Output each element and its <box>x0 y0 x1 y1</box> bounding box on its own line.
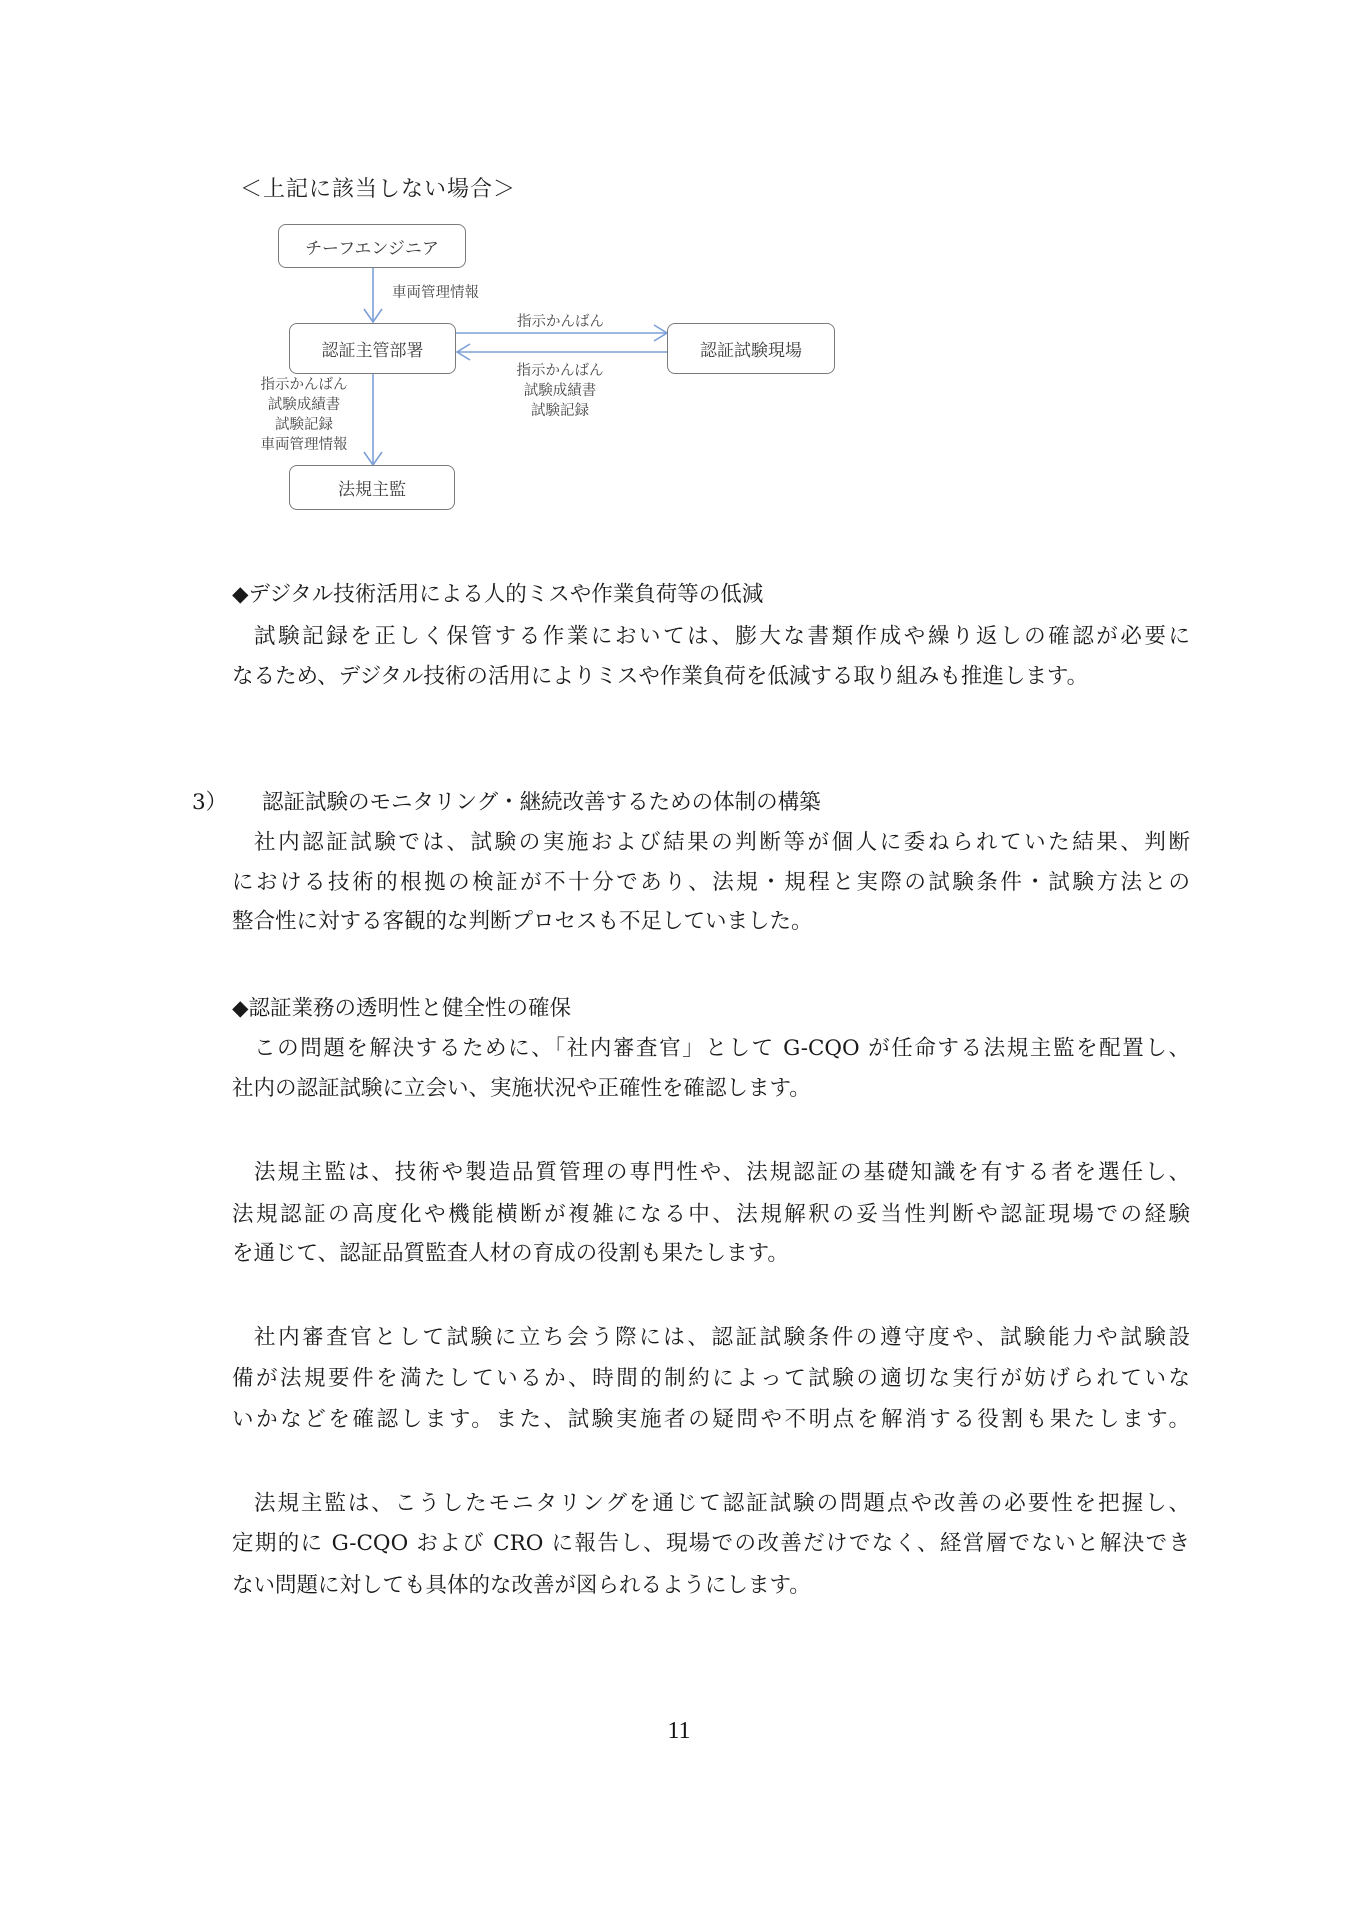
edge-label-site-to-dept: 指示かんばん 試験成績書 試験記録 <box>505 361 615 421</box>
paragraph-line: なるため、デジタル技術の活用によりミスや作業負荷を低減する取り組みも推進します。 <box>232 664 1190 690</box>
edge-label-dept-to-site: 指示かんばん <box>513 312 608 332</box>
page-number: 11 <box>0 1718 1358 1745</box>
node-regulation-supervisor: 法規主監 <box>289 465 455 510</box>
paragraph-line: 備が法規要件を満たしているか、時間的制約によって試験の適切な実行が妨げられていな <box>232 1366 1190 1392</box>
node-label: 法規主監 <box>338 475 406 500</box>
flow-arrows <box>0 0 1358 560</box>
paragraph-line: 法規認証の高度化や機能横断が複雑になる中、法規解釈の妥当性判断や認証現場での経験 <box>232 1202 1190 1228</box>
paragraph-line: を通じて、認証品質監査人材の育成の役割も果たします。 <box>232 1241 1190 1267</box>
paragraph-line: この問題を解決するために、「社内審査官」として G-CQO が任命する法規主監を… <box>232 1036 1190 1062</box>
node-cert-department: 認証主管部署 <box>289 323 456 374</box>
node-label: 認証試験現場 <box>700 336 802 361</box>
paragraph-line: 社内認証試験では、試験の実施および結果の判断等が個人に委ねられていた結果、判断 <box>232 830 1190 856</box>
node-chief-engineer: チーフエンジニア <box>278 224 466 268</box>
paragraph-line: 社内の認証試験に立会い、実施状況や正確性を確認します。 <box>232 1076 1190 1102</box>
paragraph-line: における技術的根拠の検証が不十分であり、法規・規程と実際の試験条件・試験方法との <box>232 870 1190 896</box>
paragraph-line: 法規主監は、こうしたモニタリングを通じて認証試験の問題点や改善の必要性を把握し、 <box>232 1491 1190 1517</box>
digital-heading: ◆デジタル技術活用による人的ミスや作業負荷等の低減 <box>232 582 763 608</box>
paragraph-line: 法規主監は、技術や製造品質管理の専門性や、法規認証の基礎知識を有する者を選任し、 <box>232 1160 1190 1186</box>
paragraph-line: ない問題に対しても具体的な改善が図られるようにします。 <box>232 1573 1190 1599</box>
node-label: チーフエンジニア <box>305 234 439 259</box>
node-label: 認証主管部署 <box>322 336 424 361</box>
paragraph-line: 社内審査官として試験に立ち会う際には、認証試験条件の遵守度や、試験能力や試験設 <box>232 1325 1190 1351</box>
edge-label-dept-to-supervisor: 指示かんばん 試験成績書 試験記録 車両管理情報 <box>250 375 358 455</box>
section-number: 3） <box>192 790 227 816</box>
paragraph-line: 試験記録を正しく保管する作業においては、膨大な書類作成や繰り返しの確認が必要に <box>232 624 1190 650</box>
paragraph-line: いかなどを確認します。また、試験実施者の疑問や不明点を解消する役割も果たします。 <box>232 1407 1190 1433</box>
paragraph-line: 整合性に対する客観的な判断プロセスも不足していました。 <box>232 909 1190 935</box>
paragraph-line: 定期的に G-CQO および CRO に報告し、現場での改善だけでなく、経営層で… <box>232 1531 1190 1557</box>
node-cert-test-site: 認証試験現場 <box>667 323 835 374</box>
edge-label-chief-to-dept: 車両管理情報 <box>392 283 479 303</box>
section-heading: 認証試験のモニタリング・継続改善するための体制の構築 <box>262 790 821 816</box>
transparency-heading: ◆認証業務の透明性と健全性の確保 <box>232 996 571 1022</box>
